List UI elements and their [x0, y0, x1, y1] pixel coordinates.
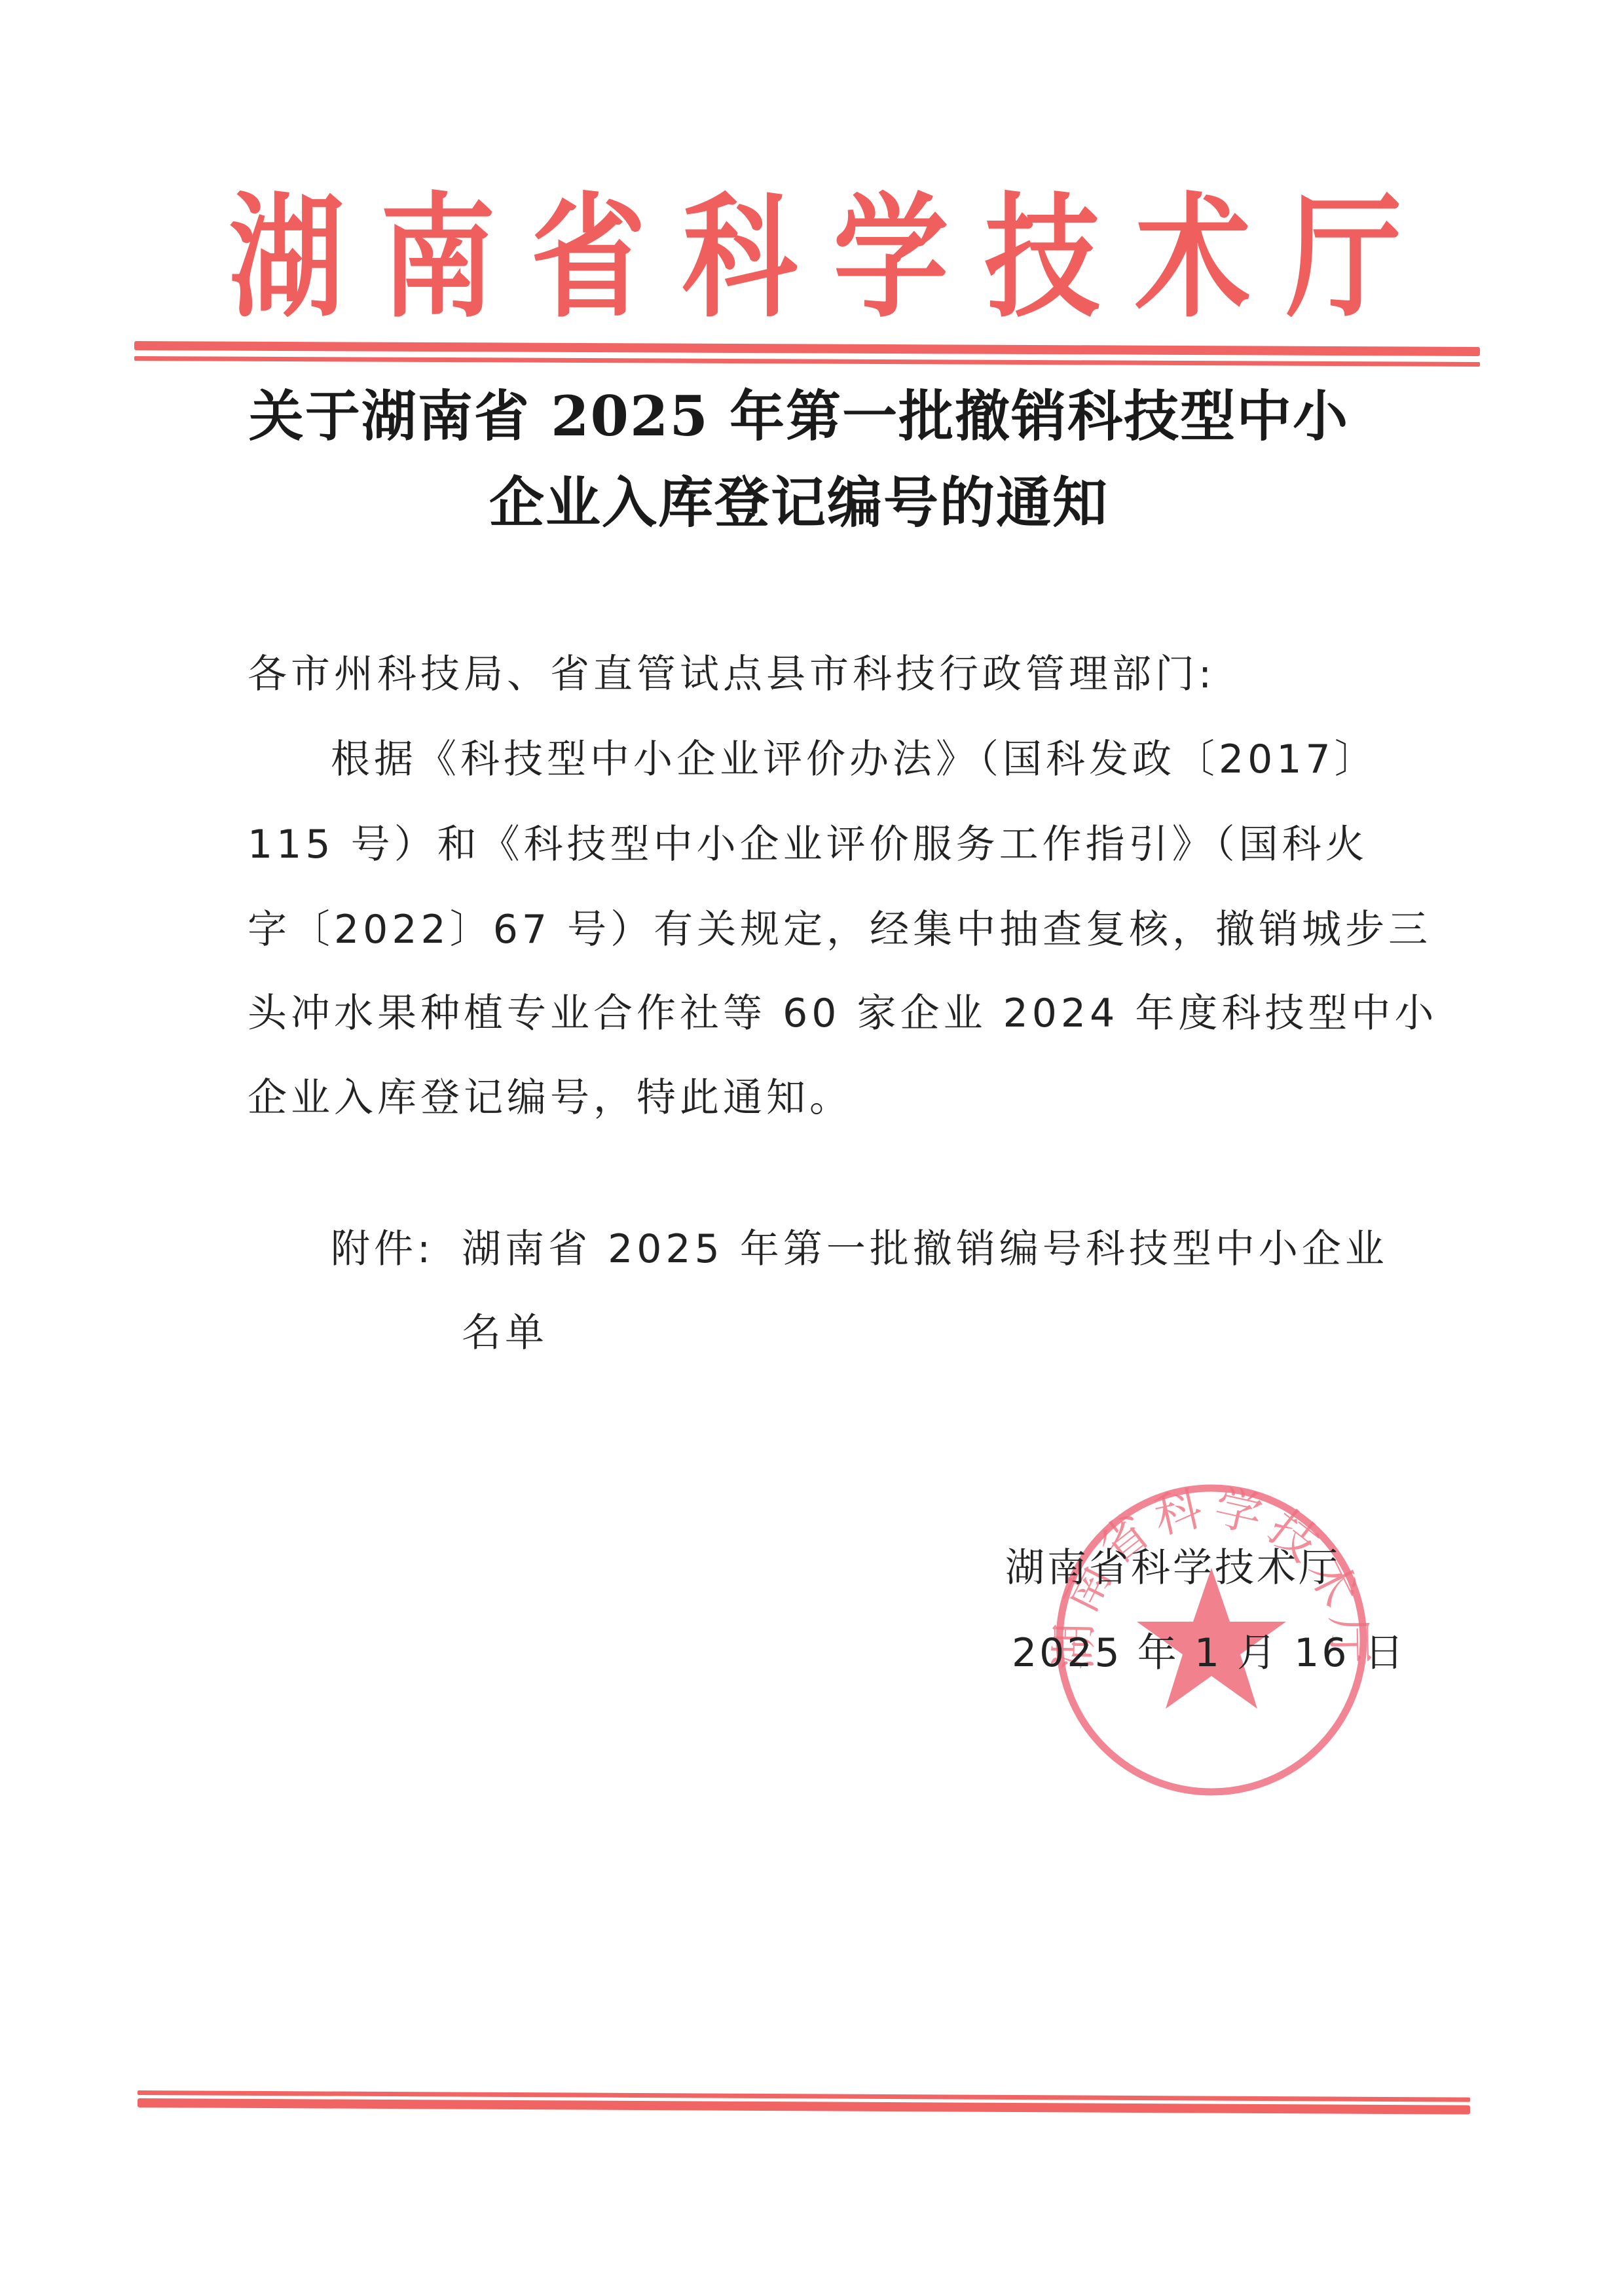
- masthead-char: 科: [678, 189, 802, 329]
- attachment-title-line-2: 名单: [462, 1307, 548, 1359]
- masthead-char: 省: [526, 189, 650, 329]
- salutation: 各市州科技局、省直管试点县市科技行政管理部门:: [248, 648, 1215, 701]
- masthead-char: 厅: [1282, 189, 1406, 329]
- masthead-char: 湖: [225, 189, 348, 329]
- masthead-char: 技: [980, 189, 1103, 329]
- signature-date: 2025 年 1 月 16 日: [1012, 1627, 1407, 1679]
- masthead-char: 南: [376, 189, 500, 329]
- document-title-line-2: 企业入库登记编号的通知: [0, 470, 1611, 536]
- masthead-char: 术: [1131, 189, 1255, 329]
- top-red-rule-thin: [134, 356, 1480, 367]
- body-line-1: 根据《科技型中小企业评价办法》（国科发政〔2017〕: [331, 733, 1378, 786]
- body-line-3: 字〔2022〕67 号）有关规定，经集中抽查复核，撤销城步三: [248, 903, 1431, 956]
- attachment-title-line-1: 湖南省 2025 年第一批撤销编号科技型中小企业: [462, 1223, 1388, 1275]
- body-line-4: 头冲水果种植专业合作社等 60 家企业 2024 年度科技型中小: [248, 987, 1437, 1040]
- masthead-org-name: 湖 南 省 科 学 技 术 厅: [216, 189, 1414, 329]
- body-line-5: 企业入库登记编号，特此通知。: [248, 1072, 853, 1124]
- masthead-char: 学: [829, 189, 953, 329]
- signature-org: 湖南省科学技术厅: [1005, 1542, 1340, 1594]
- attachment-label: 附件:: [331, 1223, 434, 1275]
- top-red-rule-thick: [134, 341, 1480, 356]
- document-title-line-1: 关于湖南省 2025 年第一批撤销科技型中小: [0, 384, 1611, 449]
- body-line-2: 115 号）和《科技型中小企业评价服务工作指引》（国科火: [248, 818, 1369, 871]
